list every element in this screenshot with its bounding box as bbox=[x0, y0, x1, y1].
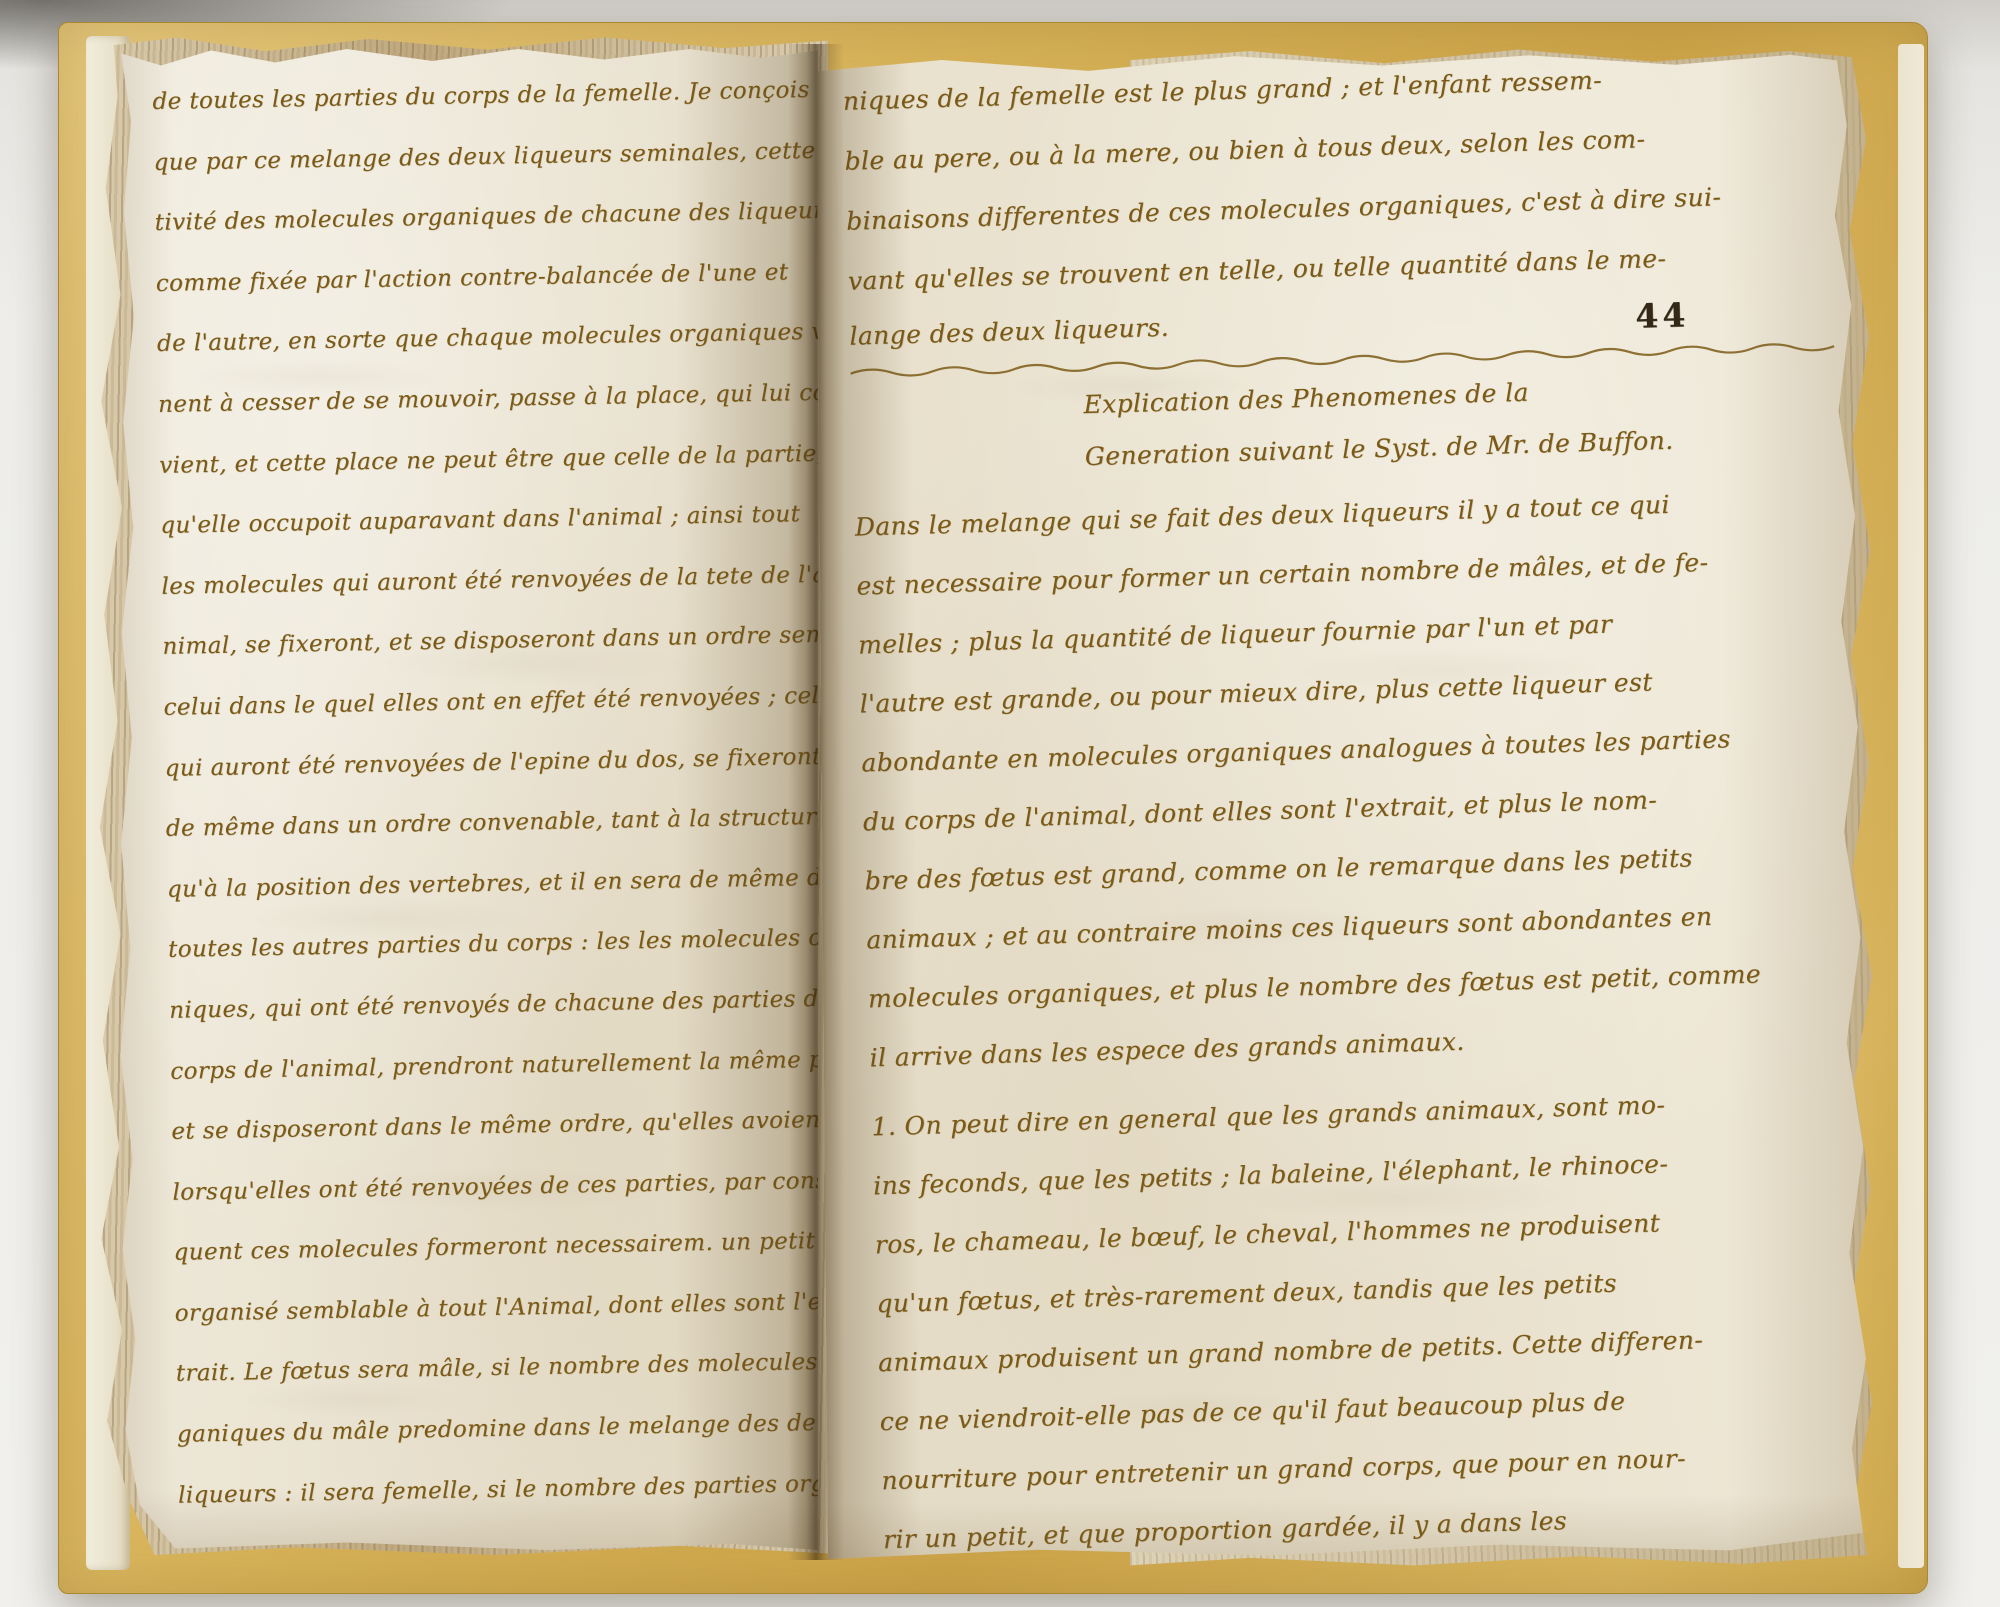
manuscript-line: liqueurs : il sera femelle, si le nombre… bbox=[178, 1452, 818, 1526]
page-number: 44 bbox=[1635, 290, 1690, 341]
manuscript-line: organisé semblable à tout l'Animal, dont… bbox=[174, 1270, 818, 1344]
paragraph-2: 1. On peut dire en general que les grand… bbox=[871, 1070, 1874, 1562]
manuscript-line: nent à cesser de se mouvoir, passe à la … bbox=[158, 361, 818, 435]
left-page-text: de toutes les parties du corps de la fem… bbox=[152, 59, 818, 1526]
manuscript-line: de même dans un ordre convenable, tant à… bbox=[165, 786, 818, 860]
right-page-text: niques de la femelle est le plus grand ;… bbox=[842, 50, 1873, 1562]
manuscript-line: trait. Le fœtus sera mâle, si le nombre … bbox=[175, 1331, 818, 1405]
left-page: de toutes les parties du corps de la fem… bbox=[104, 46, 818, 1550]
section-heading: Explication des Phenomenes de laGenerati… bbox=[851, 358, 1844, 490]
right-page: niques de la femelle est le plus grand ;… bbox=[816, 50, 1876, 1562]
carryover-paragraph: niques de la femelle est le plus grand ;… bbox=[842, 50, 1838, 312]
manuscript-line: de toutes les parties du corps de la fem… bbox=[152, 59, 818, 133]
manuscript-line: celui dans le quel elles ont en effet ét… bbox=[163, 664, 818, 738]
manuscript-photo: de toutes les parties du corps de la fem… bbox=[0, 0, 2000, 1607]
endpaper-right bbox=[1898, 44, 1924, 1568]
manuscript-line: et se disposeront dans le même ordre, qu… bbox=[171, 1088, 818, 1162]
manuscript-line: qu'elle occupoit auparavant dans l'anima… bbox=[160, 483, 818, 557]
manuscript-line: quent ces molecules formeront necessaire… bbox=[173, 1210, 818, 1284]
paragraph-1: Dans le melange qui se fait des deux liq… bbox=[854, 470, 1860, 1087]
catchline: lange des deux liqueurs. bbox=[849, 313, 1169, 351]
manuscript-line: ganiques du mâle predomine dans le melan… bbox=[176, 1391, 818, 1465]
manuscript-line: toutes les autres parties du corps : les… bbox=[168, 907, 818, 981]
manuscript-line: niques, qui ont été renvoyés de chacune … bbox=[169, 967, 818, 1041]
endpaper-left bbox=[86, 36, 130, 1570]
manuscript-line: lorsqu'elles ont été renvoyées de ces pa… bbox=[172, 1149, 818, 1223]
